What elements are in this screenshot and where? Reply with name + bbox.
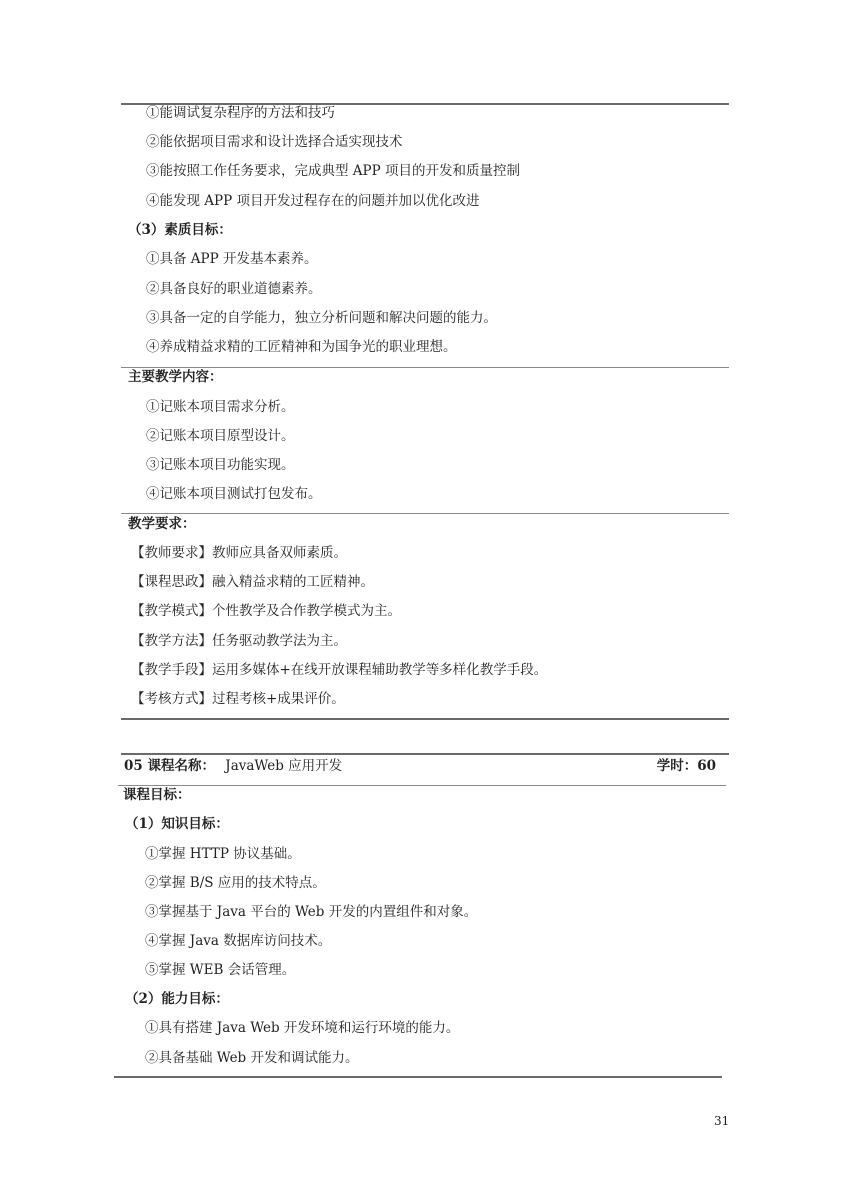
divider [121,513,729,514]
knowledge-item: ①掌握 HTTP 协议基础。 [145,845,301,863]
ability-objectives-heading: （2）能力目标： [125,990,229,1008]
requirement-text: 运用多媒体+在线开放课程辅助教学等多样化教学手段。 [212,662,547,678]
requirement-text: 过程考核+成果评价。 [212,691,345,707]
course-title-row: 05 课程名称： JavaWeb 应用开发 学时：60 [124,757,716,775]
course-top-rule [121,753,729,755]
requirement-item: 【教学模式】个性教学及合作教学模式为主。 [131,602,401,620]
requirement-text: 教师应具备双师素质。 [212,545,347,561]
course-hours: 学时：60 [657,757,716,775]
teaching-requirements-heading: 教学要求： [128,515,196,533]
ability-item: ④能发现 APP 项目开发过程存在的问题并加以优化改进 [146,192,480,210]
section-bottom-rule [121,718,729,720]
main-content-heading: 主要教学内容： [128,368,223,386]
requirement-item: 【教师要求】教师应具备双师素质。 [131,544,347,562]
requirement-label: 【考核方式】 [131,691,212,707]
requirement-item: 【考核方式】过程考核+成果评价。 [131,690,345,708]
page-number: 31 [714,1114,729,1128]
content-item: ④记账本项目测试打包发布。 [146,485,322,503]
requirement-label: 【教学方法】 [131,633,212,649]
ability-item: ①具有搭建 Java Web 开发环境和运行环境的能力。 [145,1019,459,1037]
quality-item: ③具备一定的自学能力，独立分析问题和解决问题的能力。 [146,309,497,327]
quality-item: ②具备良好的职业道德素养。 [146,280,322,298]
requirement-text: 融入精益求精的工匠精神。 [212,574,374,590]
requirement-label: 【教学模式】 [131,603,212,619]
hours-label: 学时： [657,758,698,774]
course-name-label: 05 课程名称： [124,758,215,774]
course-objectives-heading: 课程目标： [123,786,191,804]
requirement-text: 任务驱动教学法为主。 [212,633,347,649]
knowledge-item: ②掌握 B/S 应用的技术特点。 [145,874,326,892]
section-bottom-rule [114,1076,722,1078]
ability-item: ②能依据项目需求和设计选择合适实现技术 [146,133,403,151]
quality-objectives-heading: （3）素质目标： [128,221,232,239]
requirement-item: 【教学手段】运用多媒体+在线开放课程辅助教学等多样化教学手段。 [131,661,547,679]
knowledge-objectives-heading: （1）知识目标： [125,815,229,833]
requirement-label: 【教师要求】 [131,545,212,561]
content-item: ③记账本项目功能实现。 [146,456,295,474]
requirement-item: 【课程思政】融入精益求精的工匠精神。 [131,573,374,591]
ability-item: ③能按照工作任务要求，完成典型 APP 项目的开发和质量控制 [146,162,520,180]
quality-item: ①具备 APP 开发基本素养。 [146,250,318,268]
content-item: ①记账本项目需求分析。 [146,398,295,416]
knowledge-item: ③掌握基于 Java 平台的 Web 开发的内置组件和对象。 [145,903,477,921]
quality-item: ④养成精益求精的工匠精神和为国争光的职业理想。 [146,338,457,356]
ability-item: ②具备基础 Web 开发和调试能力。 [145,1049,359,1067]
knowledge-item: ④掌握 Java 数据库访问技术。 [145,932,331,950]
requirement-text: 个性教学及合作教学模式为主。 [212,603,401,619]
requirement-label: 【教学手段】 [131,662,212,678]
requirement-item: 【教学方法】任务驱动教学法为主。 [131,632,347,650]
course-name-value: JavaWeb 应用开发 [225,758,342,774]
ability-item: ①能调试复杂程序的方法和技巧 [146,104,335,122]
divider [118,785,726,786]
requirement-label: 【课程思政】 [131,574,212,590]
content-item: ②记账本项目原型设计。 [146,427,295,445]
knowledge-item: ⑤掌握 WEB 会话管理。 [145,961,295,979]
hours-value: 60 [697,758,716,774]
